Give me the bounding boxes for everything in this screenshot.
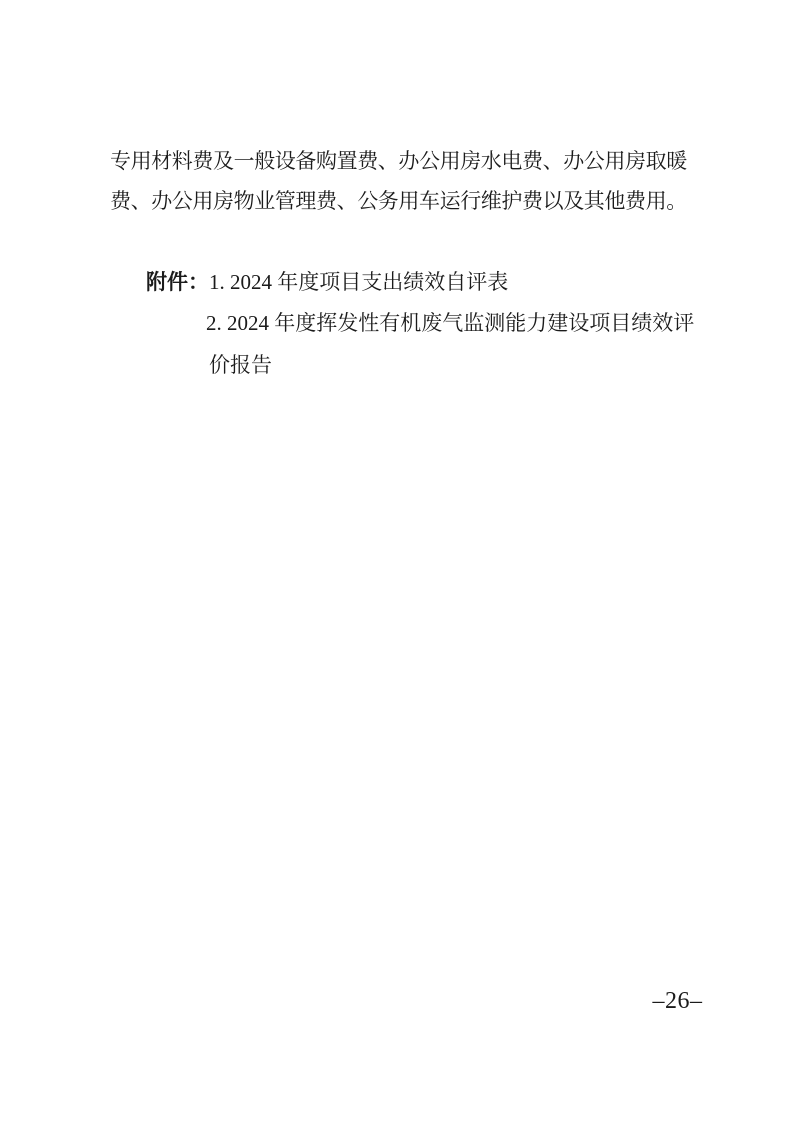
attachment-heading-line: 附件：1. 2024 年度项目支出绩效自评表: [146, 269, 508, 296]
document-page: 专用材料费及一般设备购置费、办公用房水电费、办公用房取暖 费、办公用房物业管理费…: [0, 0, 793, 1122]
attachment-item-1: 1. 2024 年度项目支出绩效自评表: [209, 270, 508, 294]
page-number: –26–: [630, 987, 725, 1015]
body-paragraph-line-1: 专用材料费及一般设备购置费、办公用房水电费、办公用房取暖: [110, 148, 688, 175]
body-paragraph-line-2: 费、办公用房物业管理费、公务用车运行维护费以及其他费用。: [110, 188, 688, 215]
attachment-item-2-line-1: 2. 2024 年度挥发性有机废气监测能力建设项目绩效评: [206, 310, 694, 337]
attachment-label: 附件：: [146, 270, 209, 294]
attachment-item-2-line-2: 价报告: [209, 352, 272, 379]
